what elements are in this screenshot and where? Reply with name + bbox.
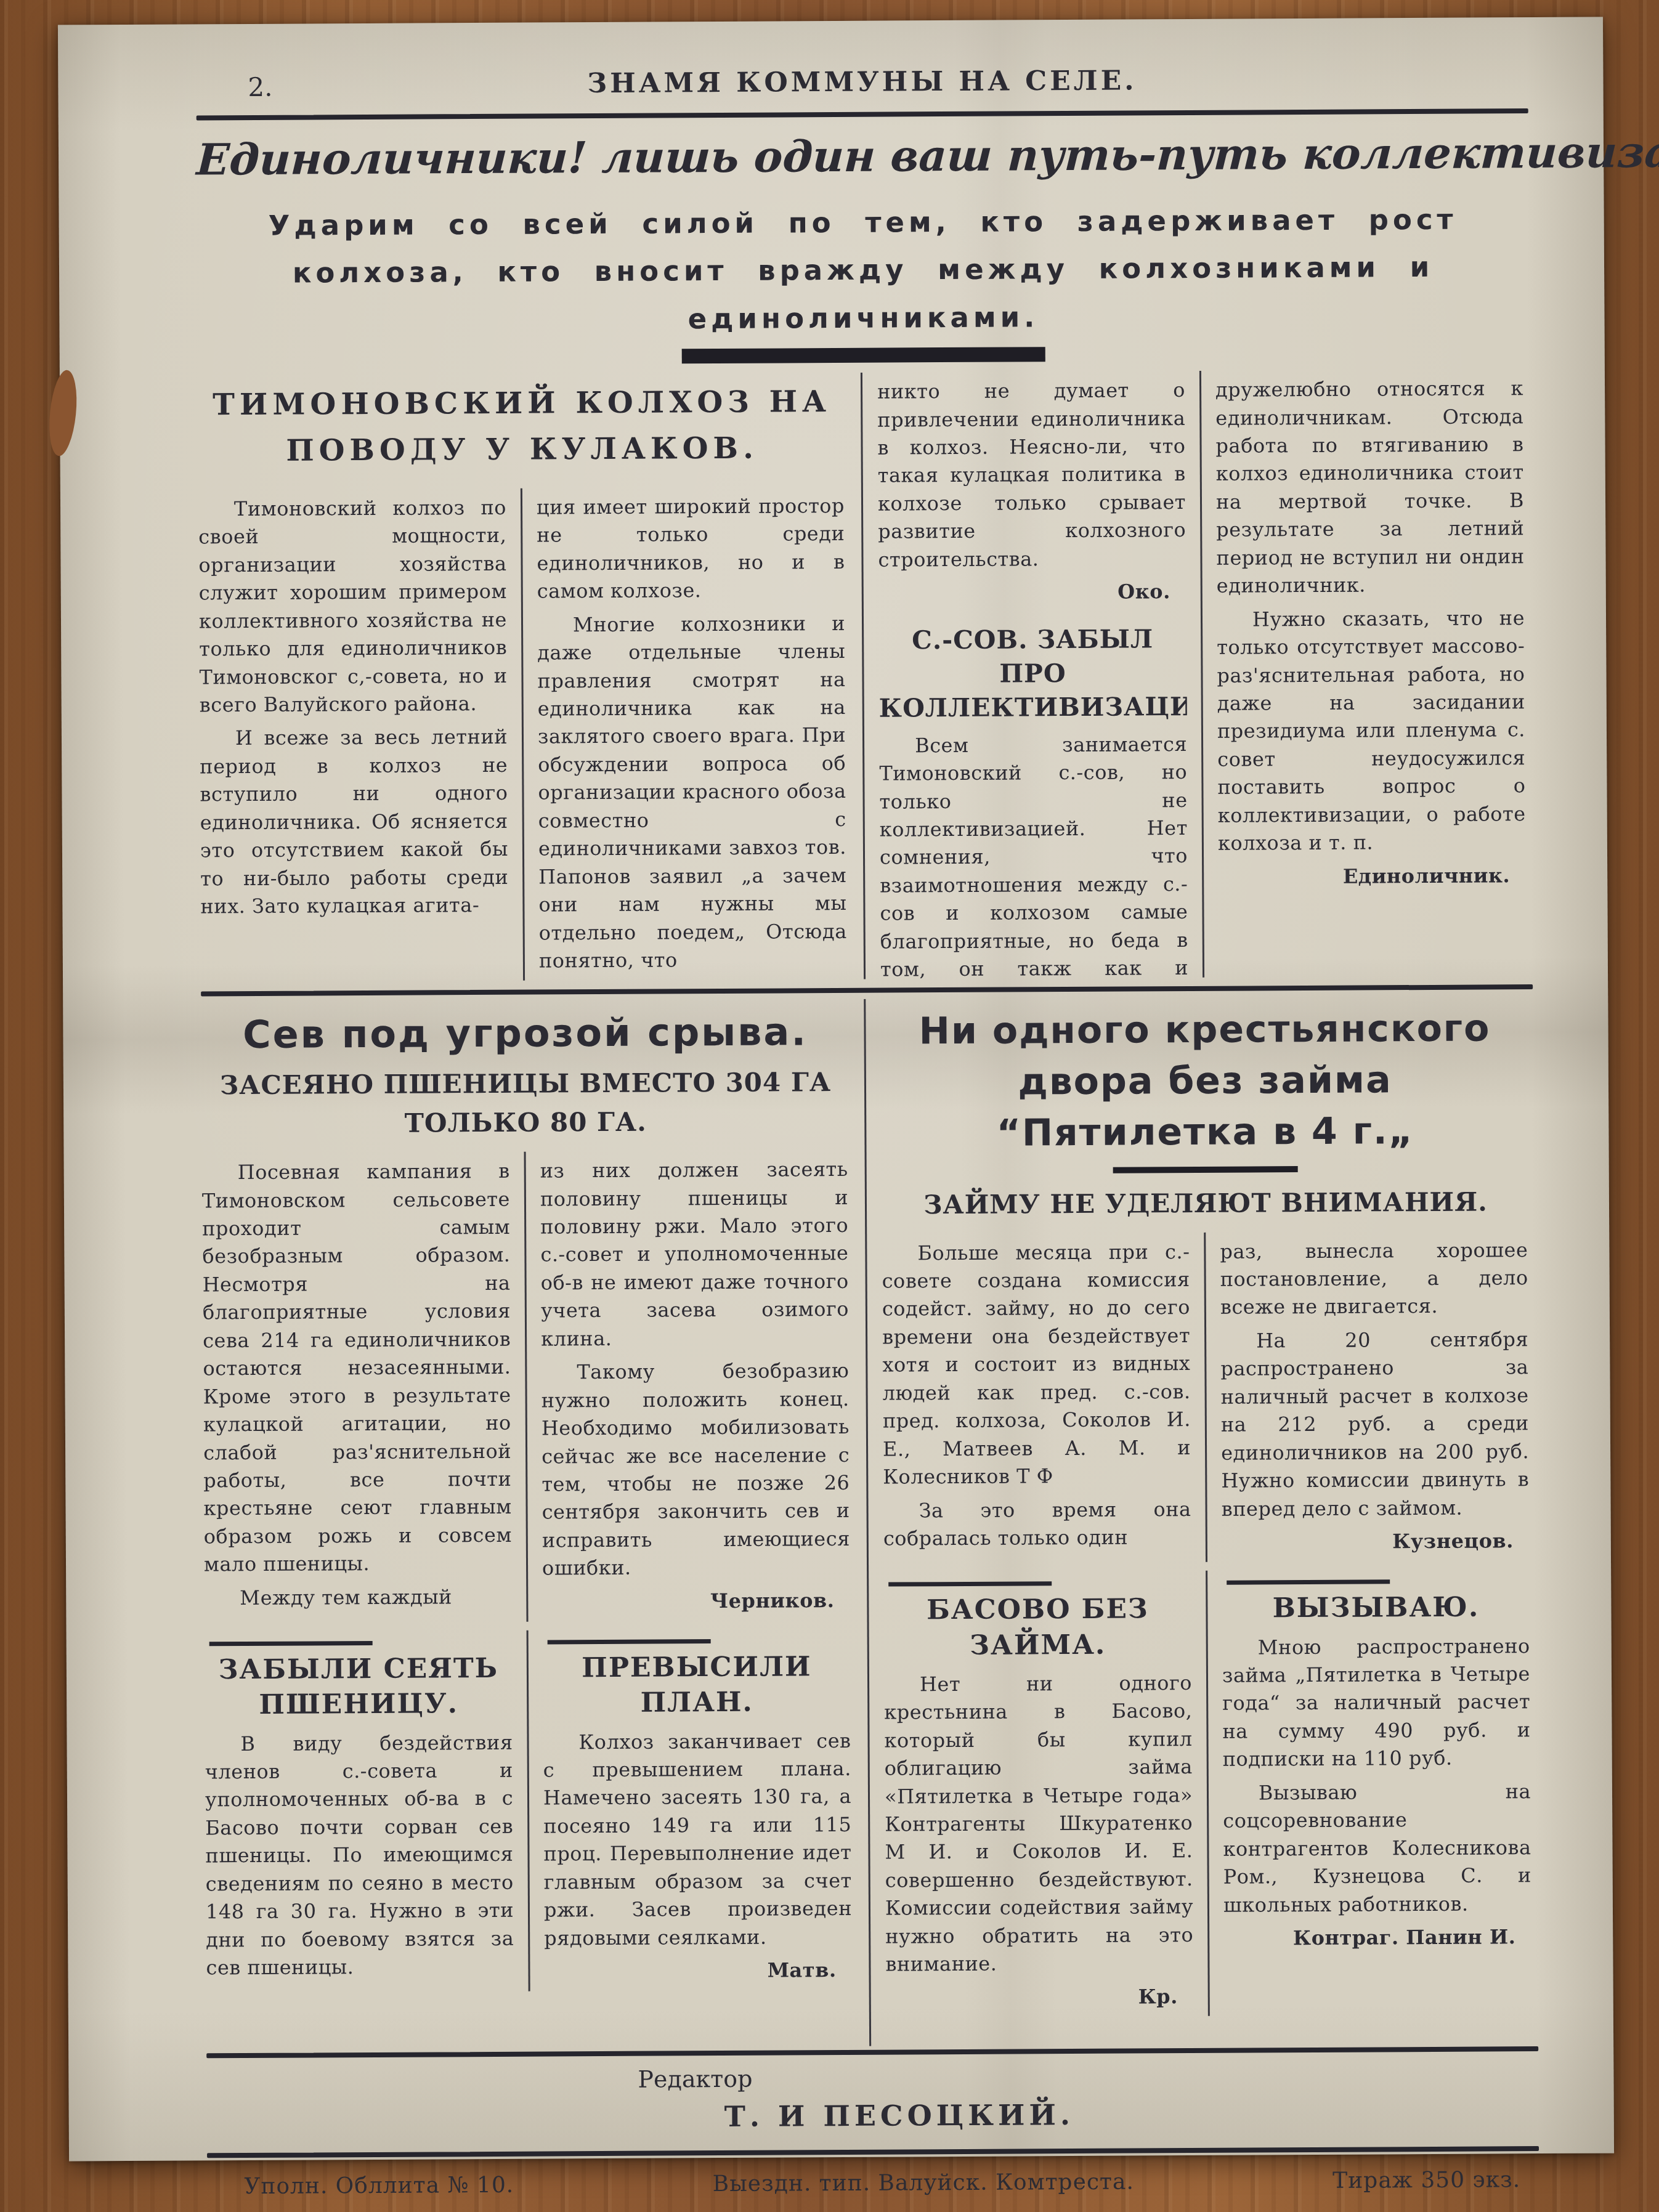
column-divider [1206,1571,1210,2016]
mini-rule [209,1641,373,1646]
body-paragraph: Колхоз заканчивает сев с превышением пла… [543,1727,852,1952]
photo-background: { "page": { "number": "2.", "masthead": … [0,0,1659,2212]
timonovsky-column-1: Тимоновский колхоз по своей мощности, ор… [198,488,509,982]
timonovsky-right-half: никто не думает о привлечении единолични… [877,369,1528,979]
column-divider [521,488,525,981]
main-headline: Единоличники! лишь один ваш путь-путь ко… [195,127,1530,185]
torn-edge [46,369,80,457]
signature: Кузнецов. [1222,1527,1530,1557]
editor-label: Редактор [638,2065,752,2093]
mini-rule [1227,1580,1390,1585]
body-paragraph: из них должен засеять половину пшеницы и… [540,1156,850,1353]
body-paragraph: Многие колхозники и даже отдельные члены… [537,610,847,975]
column-divider [1204,1232,1207,1562]
signature: Единоличник. [1218,862,1526,891]
divider-bar [682,347,1045,363]
article-title-prevysili: ПРЕВЫСИЛИ ПЛАН. [543,1649,851,1721]
article-subtitle-sev: ЗАСЕЯНО ПШЕНИЦЫ ВМЕСТО 304 ГА ТОЛЬКО 80 … [201,1063,850,1144]
article-title-timonovsky: ТИМОНОВСКИЙ КОЛХОЗ НА ПОВОДУ У КУЛАКОВ. [198,379,846,474]
body-paragraph: раз, вынесла хорошее постановление, а де… [1220,1236,1528,1322]
mini-rule [888,1582,1052,1587]
article-title-basovo: БАСОВО БЕЗ ЗАЙМА. [883,1591,1192,1663]
column-divider [524,1152,529,1622]
body-paragraph: И всеже за весь летний период в колхоз н… [200,723,509,921]
signature: Кр. [886,1983,1194,2012]
body-paragraph: Мною распространено займа „Пятилетка в Ч… [1222,1632,1531,1774]
column-divider [1199,371,1204,979]
sev-column-1: Посевная кампания в Тимоновском сельсове… [202,1152,513,1624]
section-divider-rule [201,984,1533,996]
body-paragraph: никто не думает о привлечении единолични… [877,376,1186,574]
column-divider [864,999,871,2046]
sev-half: Сев под угрозой срыва. ЗАСЕЯНО ПШЕНИЦЫ В… [201,999,854,2049]
timonovsky-column-3: никто не думает о привлечении единолични… [877,371,1188,979]
column-divider [527,1631,530,1991]
body-paragraph: Всем занимается Тимоновский с.-сов, но т… [879,731,1188,979]
page-number: 2. [248,72,272,102]
newspaper-page: 2. ЗНАМЯ КОММУНЫ НА СЕЛЕ. Единоличники! … [58,17,1614,2161]
loan-half: Ни одного крестьянского двора без займа … [880,995,1534,2046]
imprint-left: Уполн. Обллита № 10. [244,2173,514,2199]
signature: Контраг. Панин И. [1223,1923,1531,1953]
body-paragraph: В виду бездействия членов с.-совета и уп… [205,1728,514,1982]
body-paragraph: дружелюбно относятся к единоличникам. От… [1215,375,1525,600]
loan-column-2: раз, вынесла хорошее постановление, а де… [1220,1231,1530,1562]
footer-editor-block: Редактор Т. И ПЕСОЦКИЙ. [206,2057,1539,2144]
body-paragraph: Посевная кампания в Тимоновском сельсове… [202,1157,513,1579]
signature: Око. [878,578,1186,607]
page-header: 2. ЗНАМЯ КОММУНЫ НА СЕЛЕ. [196,54,1528,107]
sub-headline: Ударим со всей силой по тем, кто задержи… [203,195,1522,345]
footer-rule-bottom [207,2146,1539,2158]
article-basovo: БАСОВО БЕЗ ЗАЙМА. Нет ни одного крестьни… [883,1571,1194,2017]
article-title-vyzyvayu: ВЫЗЫВАЮ. [1222,1589,1530,1626]
imprint-row: Уполн. Обллита № 10. Выездн. тип. Валуйс… [207,2157,1539,2199]
editor-name: Т. И ПЕСОЦКИЙ. [724,2098,1074,2133]
article-title-zabyli: ЗАБЫЛИ СЕЯТЬ ПШЕНИЦУ. [205,1651,513,1723]
timonovsky-left-half: ТИМОНОВСКИЙ КОЛХОЗ НА ПОВОДУ У КУЛАКОВ. … [198,373,849,982]
short-rule [1113,1166,1298,1173]
article-title-sev: Сев под угрозой срыва. [201,1009,849,1058]
loan-column-1: Больше месяца при с.-совете создана коми… [882,1233,1191,1564]
body-paragraph: На 20 сентября распространено за наличны… [1220,1326,1530,1523]
article-title-loan: Ни одного крестьянского двора без займа … [880,1003,1529,1159]
sev-column-2: из них должен засеять половину пшеницы и… [540,1150,851,1622]
section-bottom: Сев под угрозой срыва. ЗАСЕЯНО ПШЕНИЦЫ В… [201,995,1538,2049]
body-paragraph: ция имеет широкий простор не только сред… [537,492,845,606]
article-vyzyvayu: ВЫЗЫВАЮ. Мною распространено займа „Пяти… [1222,1569,1532,2016]
body-paragraph: Между тем каждый [204,1582,512,1612]
body-paragraph: Вызываю на соцсоревнование контрагентов … [1223,1778,1531,1919]
body-paragraph: Нужно сказать, что не только отсутствует… [1217,604,1526,858]
masthead-title: ЗНАМЯ КОММУНЫ НА СЕЛЕ. [196,54,1528,101]
timonovsky-column-4: дружелюбно относятся к единоличникам. От… [1215,369,1527,979]
body-paragraph: Нет ни одного крестьнина в Басово, котор… [884,1669,1194,1979]
mini-rule [548,1639,711,1644]
masthead-rule [197,108,1528,120]
body-paragraph: За это время она собралась только один [883,1495,1191,1552]
article-prevysili: ПРЕВЫСИЛИ ПЛАН. Колхоз заканчивает сев с… [543,1629,853,1991]
column-divider [861,373,866,979]
article-subtitle-loan: ЗАЙМУ НЕ УДЕЛЯЮТ ВНИМАНИЯ. [882,1182,1530,1225]
body-paragraph: Тимоновский колхоз по своей мощности, ор… [198,494,508,719]
body-paragraph: Больше месяца при с.-совете создана коми… [882,1238,1191,1492]
body-paragraph: Такому безобразию нужно положить конец. … [541,1357,850,1582]
section-timonovsky: ТИМОНОВСКИЙ КОЛХОЗ НА ПОВОДУ У КУЛАКОВ. … [198,369,1533,982]
subheading-ssov: С.-СОВ. ЗАБЫЛ ПРО КОЛЛЕКТИВИЗАЦИЮ [878,622,1187,726]
signature: Матв. [544,1956,852,1986]
imprint-center: Выездн. тип. Валуйск. Комтреста. [713,2169,1134,2197]
signature: Черников. [542,1587,850,1616]
timonovsky-column-2: ция имеет широкий простор не только сред… [537,487,847,981]
article-zabyli: ЗАБЫЛИ СЕЯТЬ ПШЕНИЦУ. В виду бездействия… [205,1631,514,1993]
imprint-right: Тираж 350 экз. [1332,2167,1520,2194]
